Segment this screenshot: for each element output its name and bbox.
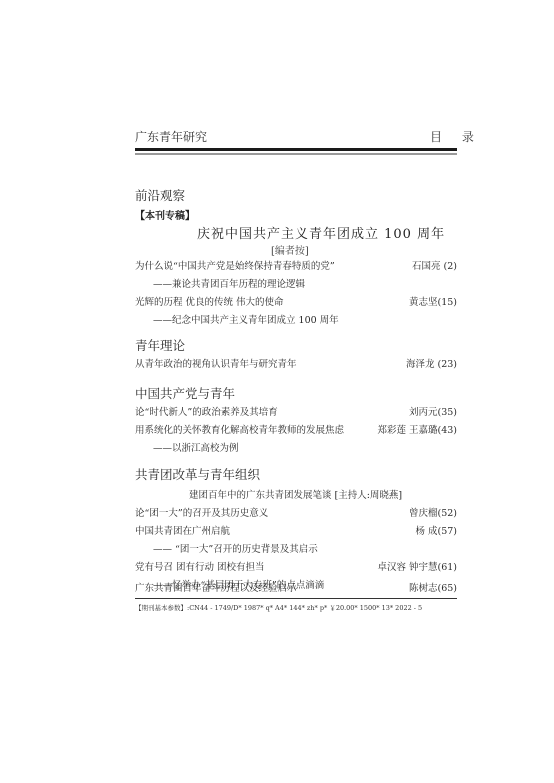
toc-entry-author: 黄志坚(15) xyxy=(390,294,457,308)
toc-entry-subtitle: ——纪念中国共产主义青年团成立 100 周年 xyxy=(153,312,339,326)
editor-note-link[interactable]: [编者按] xyxy=(271,242,309,257)
toc-entry-subtitle: —— “团一大”召开的历史背景及其启示 xyxy=(153,541,318,555)
toc-entry-title[interactable]: 论“时代新人”的政治素养及其培育 xyxy=(135,404,278,418)
journal-title: 广东青年研究 xyxy=(135,128,207,145)
journal-parameters: 【期刊基本参数】:CN44 - 1749/D* 1987* q* A4* 144… xyxy=(135,603,422,612)
toc-entry-title[interactable]: 为什么说“中国共产党是始终保持青春特质的党” xyxy=(135,258,335,272)
toc-entry-author: 刘丙元(35) xyxy=(390,404,457,418)
section-title: 中国共产党与青年 xyxy=(135,384,235,402)
header-rule-thick xyxy=(135,148,457,151)
toc-entry-title[interactable]: 广东共青团百年奋斗历程以及经验启示 xyxy=(135,580,297,594)
feature-title: 庆祝中国共产主义青年团成立 100 周年 xyxy=(197,223,445,242)
toc-entry-title[interactable]: 中国共青团在广州启航 xyxy=(135,523,230,537)
toc-entry-title[interactable]: 党有号召 团有行动 团校有担当 xyxy=(135,559,265,573)
section-title: 前沿观察 xyxy=(135,186,185,204)
toc-entry-author: 曾庆榴(52) xyxy=(390,505,457,519)
toc-entry-title[interactable]: 论“团一大”的召开及其历史意义 xyxy=(135,505,268,519)
header-rule-thin xyxy=(135,153,457,155)
toc-entry-author: 石国亮 (2) xyxy=(390,258,457,272)
toc-entry-title[interactable]: 从青年政治的视角认识青年与研究青年 xyxy=(135,356,297,370)
toc-entry-title[interactable]: 光辉的历程 优良的传统 伟大的使命 xyxy=(135,294,284,308)
toc-entry-subtitle: ——以浙江高校为例 xyxy=(153,440,239,454)
toc-entry-subtitle: ——兼论共青团百年历程的理论逻辑 xyxy=(153,276,305,290)
section-title: 共青团改革与青年组织 xyxy=(135,465,260,483)
toc-entry-author: 陈树志(65) xyxy=(390,580,457,594)
toc-entry-author: 卓汉容 钟宇慧(61) xyxy=(357,559,457,573)
toc-entry-author: 海泽龙 (23) xyxy=(390,356,457,370)
toc-page: 广东青年研究 目 录 前沿观察 【本刊专稿】 庆祝中国共产主义青年团成立 100… xyxy=(0,0,554,783)
section-title: 青年理论 xyxy=(135,336,185,354)
contents-label: 目 录 xyxy=(430,128,482,145)
forum-host-line: 建团百年中的广东共青团发展笔谈 [主持人:周晓燕] xyxy=(189,487,402,501)
toc-entry-title[interactable]: 用系统化的关怀教育化解高校青年教师的发展焦虑 xyxy=(135,422,344,436)
special-label: 【本刊专稿】 xyxy=(135,207,195,222)
toc-entry-author: 杨 成(57) xyxy=(390,523,457,537)
toc-entry-author: 郑彩莲 王嘉璐(43) xyxy=(357,422,457,436)
footer-rule xyxy=(135,598,457,599)
